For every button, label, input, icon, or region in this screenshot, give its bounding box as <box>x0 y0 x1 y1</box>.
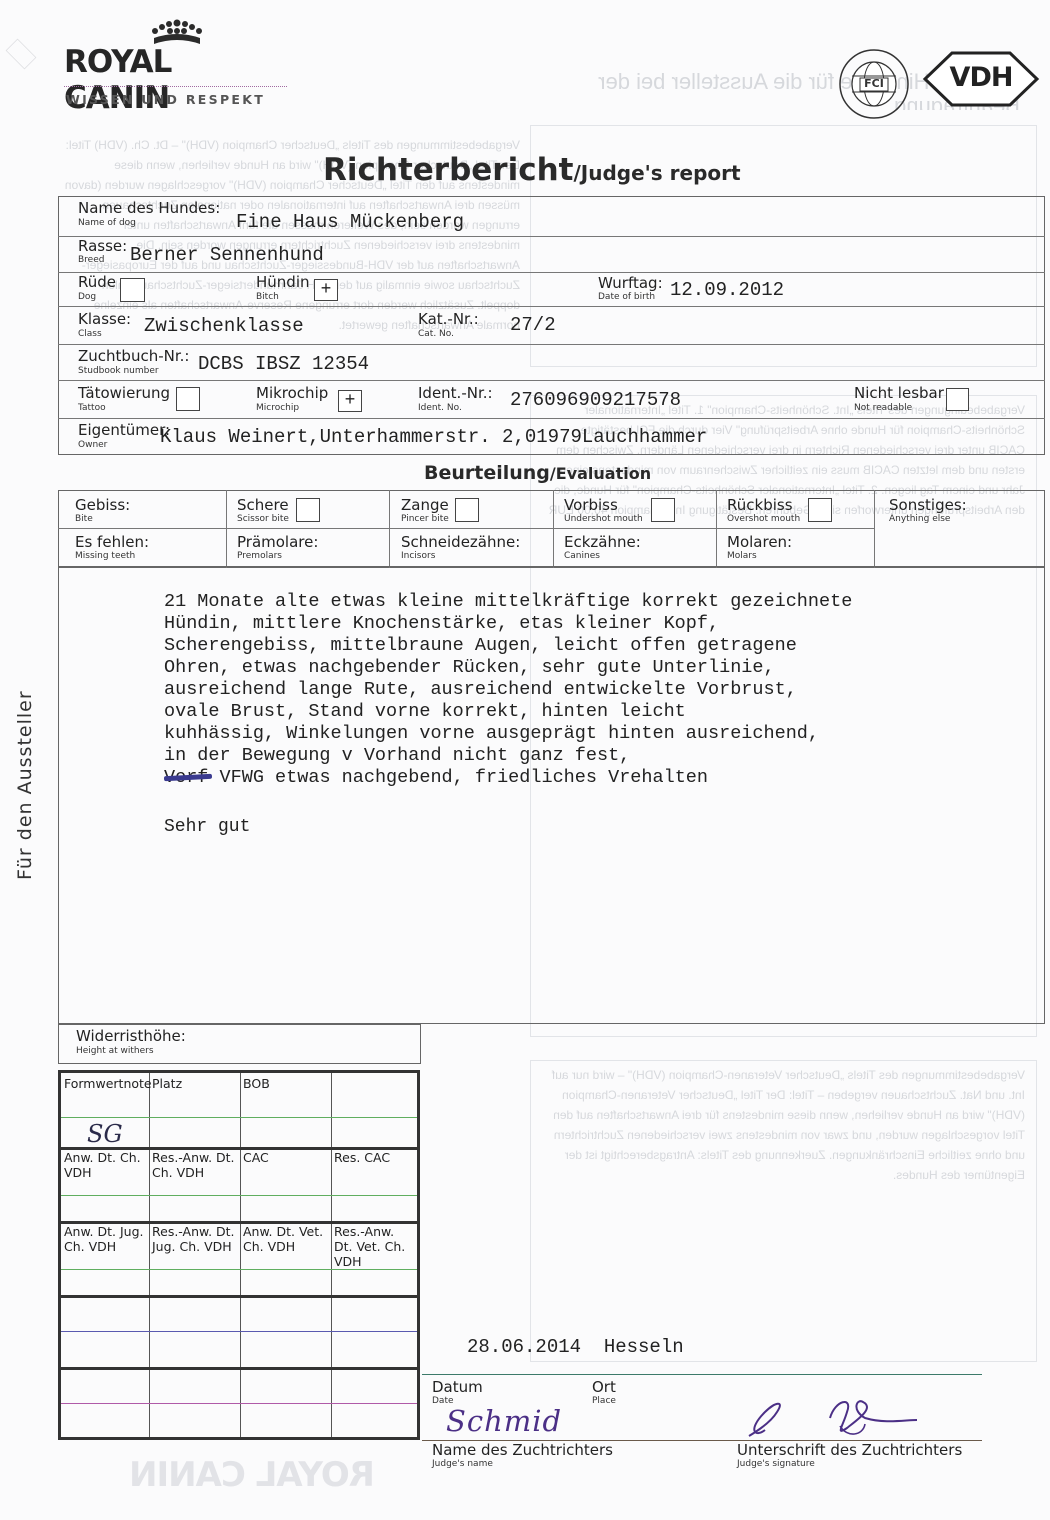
evaluation-heading-main: Beurteilung <box>424 462 550 484</box>
grid-header-cell: Res.-Anw. Dt. Vet. Ch. VDH <box>331 1221 417 1269</box>
tattoo-checkbox[interactable] <box>176 387 200 411</box>
grid-value-cell <box>61 1269 149 1295</box>
title-sub: /Judge's report <box>573 161 740 185</box>
brand-divider <box>64 86 287 87</box>
ident-value: 276096909217578 <box>510 389 681 411</box>
vdh-ghost-icon <box>6 39 37 70</box>
grid-value-cell <box>331 1117 417 1147</box>
grid-header-cell: Res. CAC <box>331 1147 417 1195</box>
grid-header-cell: Anw. Dt. Jug. Ch. VDH <box>61 1221 149 1269</box>
bite-sub: Bite <box>75 514 93 525</box>
signature-sub: Judge's signature <box>737 1459 815 1470</box>
grid-row-divider <box>61 1403 417 1404</box>
cat-value: 27/2 <box>510 314 556 336</box>
report-line: Scherengebiss, mittelbraune Augen, leich… <box>164 635 1024 657</box>
grid-header-cell: Anw. Dt. Vet. Ch. VDH <box>240 1221 331 1269</box>
canines-sub: Canines <box>564 551 600 562</box>
scissor-sub: Scissor bite <box>237 514 289 525</box>
overshot-sub: Overshot mouth <box>727 514 800 525</box>
class-label: Klasse: <box>78 311 131 327</box>
missing-label: Es fehlen: <box>75 534 149 550</box>
judge-name-sub: Judge's name <box>432 1459 493 1470</box>
signature-label: Unterschrift des Zuchtrichters <box>737 1442 962 1458</box>
chip-label: Mikrochip <box>256 385 328 401</box>
grid-row-divider <box>61 1295 417 1298</box>
grid-row-divider <box>61 1331 417 1332</box>
female-checkbox[interactable]: + <box>314 279 338 301</box>
undershot-sub: Undershot mouth <box>564 514 643 525</box>
withers-sub: Height at withers <box>76 1046 154 1057</box>
date-place-value: 28.06.2014 Hesseln <box>467 1336 684 1358</box>
owner-label: Eigentümer: <box>78 422 170 438</box>
report-line: Hündin, mittlere Knochenstärke, etas kle… <box>164 613 1024 635</box>
judge-signature-icon <box>735 1390 920 1446</box>
grid-row-divider <box>61 1367 417 1370</box>
grid-value-cell <box>331 1195 417 1221</box>
breed-label: Rasse: <box>78 238 127 254</box>
owner-value: Klaus Weinert,Unterhammerstr. 2,01979Lau… <box>160 426 707 448</box>
evaluation-heading-sub: /Evaluation <box>550 464 651 483</box>
results-grid: FormwertnotePlatzBOBSGAnw. Dt. Ch. VDHRe… <box>58 1070 420 1440</box>
grid-value-cell <box>149 1117 240 1147</box>
male-label: Rüde <box>78 274 116 290</box>
grid-header-cell: BOB <box>240 1073 331 1117</box>
report-line: ausreichend lange Rute, ausreichend entw… <box>164 679 1024 701</box>
date-label: Datum <box>432 1379 483 1395</box>
other-sub: Anything else <box>889 514 950 525</box>
female-sub: Bitch <box>256 292 279 303</box>
owner-sub: Owner <box>78 440 107 451</box>
grid-header-cell: CAC <box>240 1147 331 1195</box>
overshot-checkbox[interactable] <box>808 498 832 522</box>
dob-value: 12.09.2012 <box>670 279 784 301</box>
report-line: 21 Monate alte etwas kleine mittelkräfti… <box>164 591 1024 613</box>
side-label: Für den Aussteller <box>14 640 40 880</box>
page-title: Richterbericht/Judge's report <box>323 152 741 188</box>
cat-sub: Cat. No. <box>418 329 454 340</box>
struck-word: Vorf <box>164 767 208 788</box>
dog-name-label: Name des Hundes: <box>78 200 220 216</box>
incisors-label: Schneidezähne: <box>401 534 520 550</box>
grid-header-cell: Formwertnote <box>61 1073 149 1117</box>
grid-value-cell <box>149 1195 240 1221</box>
bite-label: Gebiss: <box>75 497 130 513</box>
grid-value-cell <box>149 1269 240 1295</box>
overshot-label: Rückbiss <box>727 497 793 513</box>
fci-text: FCI <box>838 77 910 90</box>
royal-canin-watermark: ROYAL CANIN <box>130 1455 375 1495</box>
report-line: ovale Brust, Stand vorne korrekt, hinten… <box>164 701 1024 723</box>
molars-sub: Molars <box>727 551 757 562</box>
grid-value-cell <box>61 1195 149 1221</box>
royal-canin-logo: ROYAL CANIN WISSEN UND RESPEKT <box>64 18 284 108</box>
studbook-value: DCBS IBSZ 12354 <box>198 353 369 375</box>
report-line: Ohren, etwas nachgebender Rücken, sehr g… <box>164 657 1024 679</box>
canines-label: Eckzähne: <box>564 534 641 550</box>
missing-sub: Missing teeth <box>75 551 135 562</box>
grid-header-cell: Platz <box>149 1073 240 1117</box>
class-value: Zwischenklasse <box>144 315 304 337</box>
breed-value: Berner Sennenhund <box>130 244 324 266</box>
ident-label: Ident.-Nr.: <box>418 385 493 401</box>
report-text: 21 Monate alte etwas kleine mittelkräfti… <box>164 591 1024 789</box>
dog-name-sub: Name of dog <box>78 218 136 229</box>
fci-logo: FCI <box>838 48 910 120</box>
judge-name-label: Name des Zuchtrichters <box>432 1442 613 1458</box>
grid-header-cell: Res.-Anw. Dt. Jug. Ch. VDH <box>149 1221 240 1269</box>
withers-label: Widerristhöhe: <box>76 1028 186 1044</box>
side-label-text: Für den Aussteller <box>14 690 36 880</box>
grid-header-cell: Anw. Dt. Ch. VDH <box>61 1147 149 1195</box>
unreadable-checkbox[interactable] <box>946 388 969 411</box>
date-line <box>422 1374 982 1375</box>
male-sub: Dog <box>78 292 96 303</box>
rating-value: Sehr gut <box>164 817 250 837</box>
pincer-label: Zange <box>401 497 449 513</box>
brand-tagline: WISSEN UND RESPEKT <box>66 92 265 107</box>
undershot-checkbox[interactable] <box>651 498 675 522</box>
pincer-sub: Pincer bite <box>401 514 449 525</box>
other-label: Sonstiges: <box>889 497 967 513</box>
grid-value-cell: SG <box>61 1117 149 1147</box>
chip-checkbox[interactable]: + <box>338 390 362 412</box>
vdh-text: VDH <box>922 62 1040 93</box>
studbook-label: Zuchtbuch-Nr.: <box>78 348 189 364</box>
grid-value-cell <box>240 1117 331 1147</box>
report-line: in der Bewegung v Vorhand nicht ganz fes… <box>164 745 1024 767</box>
evaluation-heading: Beurteilung/Evaluation <box>424 462 651 484</box>
tattoo-label: Tätowierung <box>78 385 170 401</box>
unreadable-label: Nicht lesbar <box>854 385 944 401</box>
grid-header-cell <box>331 1073 417 1117</box>
incisors-sub: Incisors <box>401 551 435 562</box>
tattoo-sub: Tattoo <box>78 403 106 414</box>
place-sub: Place <box>592 1396 616 1407</box>
female-label: Hündin <box>256 274 310 290</box>
grid-header-cell: Res.-Anw. Dt. Ch. VDH <box>149 1147 240 1195</box>
breed-sub: Breed <box>78 255 104 266</box>
chip-sub: Microchip <box>256 403 299 414</box>
undershot-label: Vorbiss <box>564 497 618 513</box>
title-main: Richterbericht <box>323 152 573 188</box>
dog-name-value: Fine Haus Mückenberg <box>236 211 464 233</box>
premolars-sub: Premolars <box>237 551 282 562</box>
grid-value-cell <box>240 1269 331 1295</box>
premolars-label: Prämolare: <box>237 534 318 550</box>
cat-label: Kat.-Nr.: <box>418 311 479 327</box>
molars-label: Molaren: <box>727 534 792 550</box>
report-line: Vorf VFWG etwas nachgebend, friedliches … <box>164 767 1024 789</box>
dob-sub: Date of birth <box>598 292 655 303</box>
pincer-checkbox[interactable] <box>455 498 479 522</box>
judge-name-handwritten: Schmid <box>446 1404 562 1438</box>
dob-label: Wurftag: <box>598 275 663 291</box>
grid-value-cell <box>331 1269 417 1295</box>
place-label: Ort <box>592 1379 616 1395</box>
strike-scribble <box>164 774 213 782</box>
class-sub: Class <box>78 329 102 340</box>
studbook-sub: Studbook number <box>78 366 159 377</box>
report-line: kuhhässig, Winkelungen vorne ausgeprägt … <box>164 723 1024 745</box>
scissor-checkbox[interactable] <box>296 498 320 522</box>
vdh-logo: VDH <box>922 50 1040 108</box>
unreadable-sub: Not readable <box>854 403 912 414</box>
scissor-label: Schere <box>237 497 289 513</box>
ident-sub: Ident. No. <box>418 403 462 414</box>
male-checkbox[interactable] <box>120 278 145 302</box>
grid-value-cell <box>240 1195 331 1221</box>
